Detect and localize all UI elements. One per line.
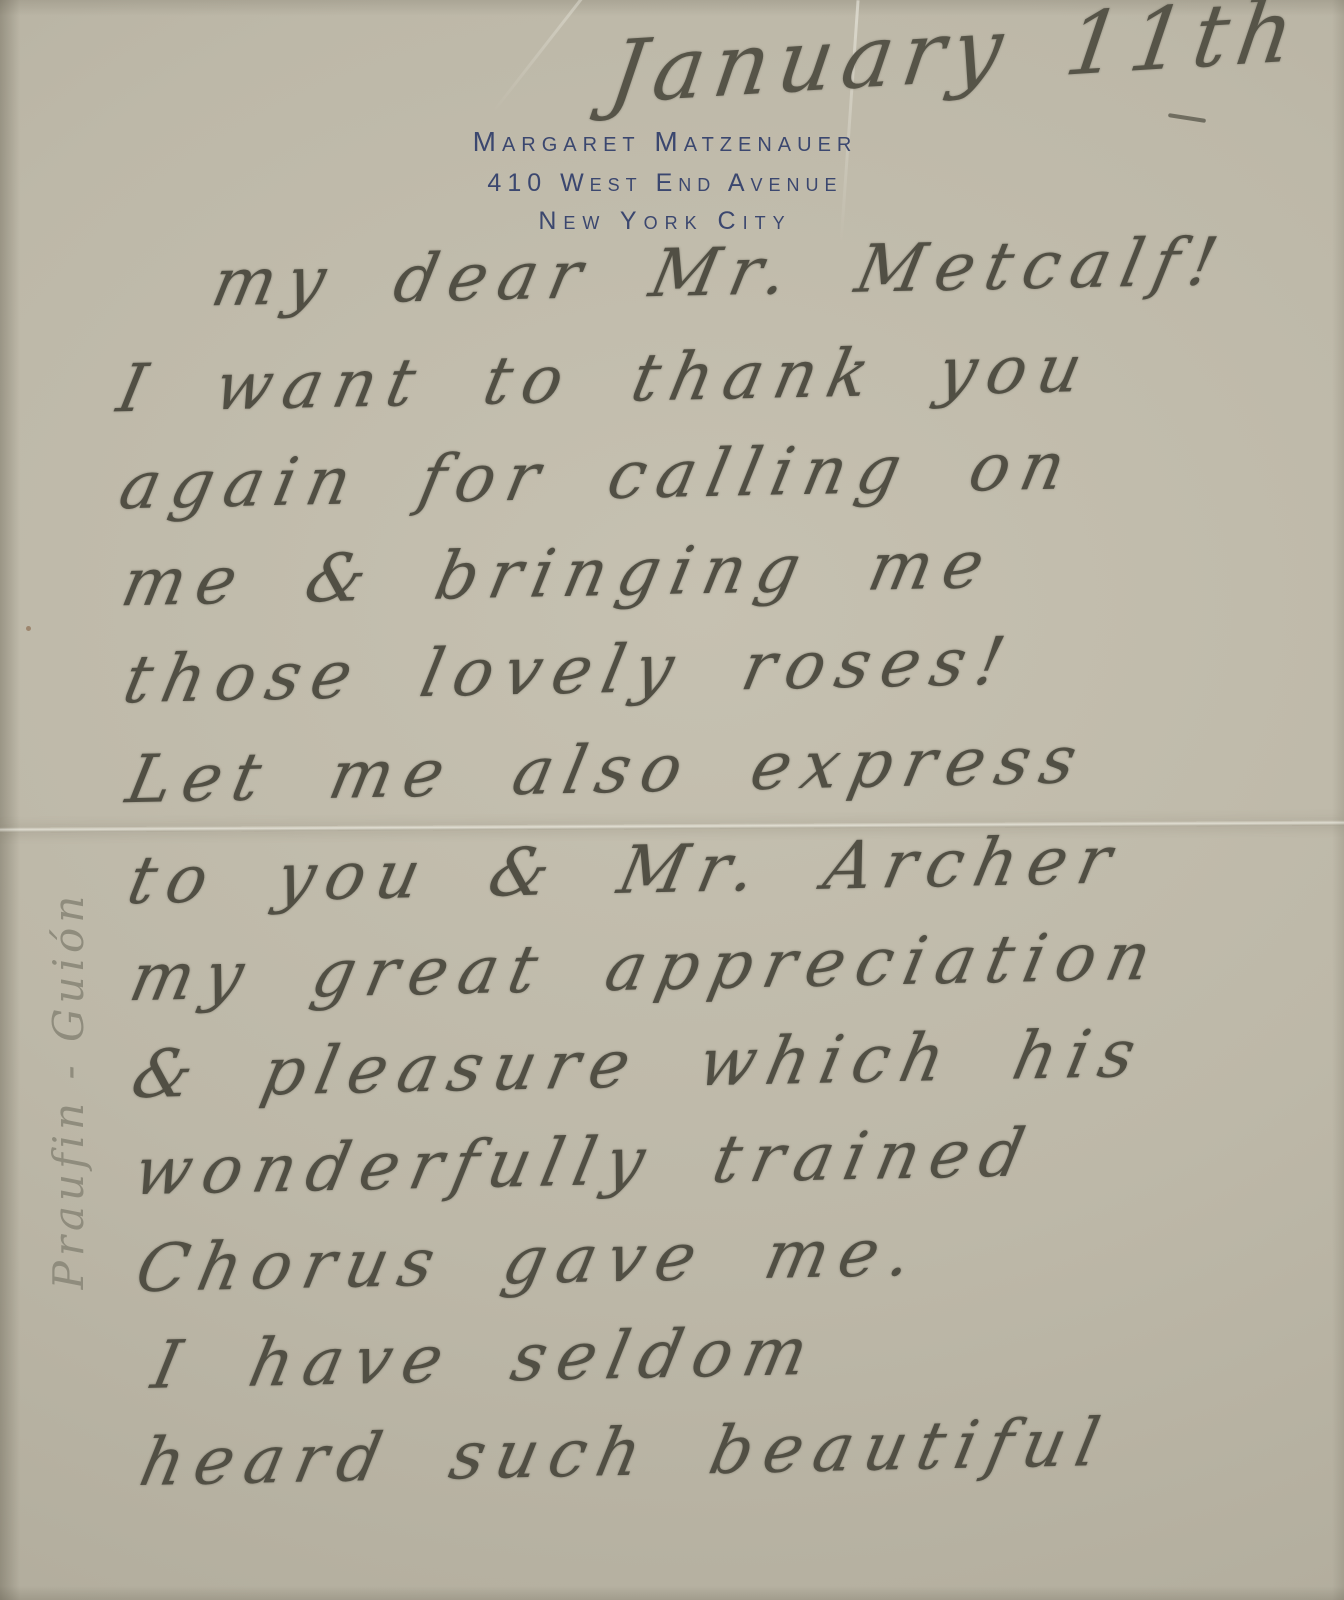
letter-page: January 11th Margaret Matzenauer 410 Wes…	[0, 0, 1344, 1600]
margin-annotation: Praufin - Guión	[44, 840, 100, 1340]
handwritten-date: January 11th	[603, 0, 1317, 124]
letterhead-name: Margaret Matzenauer	[0, 126, 1330, 158]
fold-crease-diagonal	[491, 0, 592, 114]
paper-edge-shadow-left	[0, 0, 20, 1600]
letterhead-address: 410 West End Avenue	[0, 169, 1330, 198]
paper-edge-shadow-bottom	[0, 1586, 1344, 1600]
date-underline-stroke	[1168, 113, 1206, 123]
paper-speck	[26, 626, 31, 631]
paper-edge-shadow-right	[1332, 0, 1344, 1600]
letter-body: my dear Mr. Metcalf! I want to thank you…	[105, 206, 1318, 1512]
